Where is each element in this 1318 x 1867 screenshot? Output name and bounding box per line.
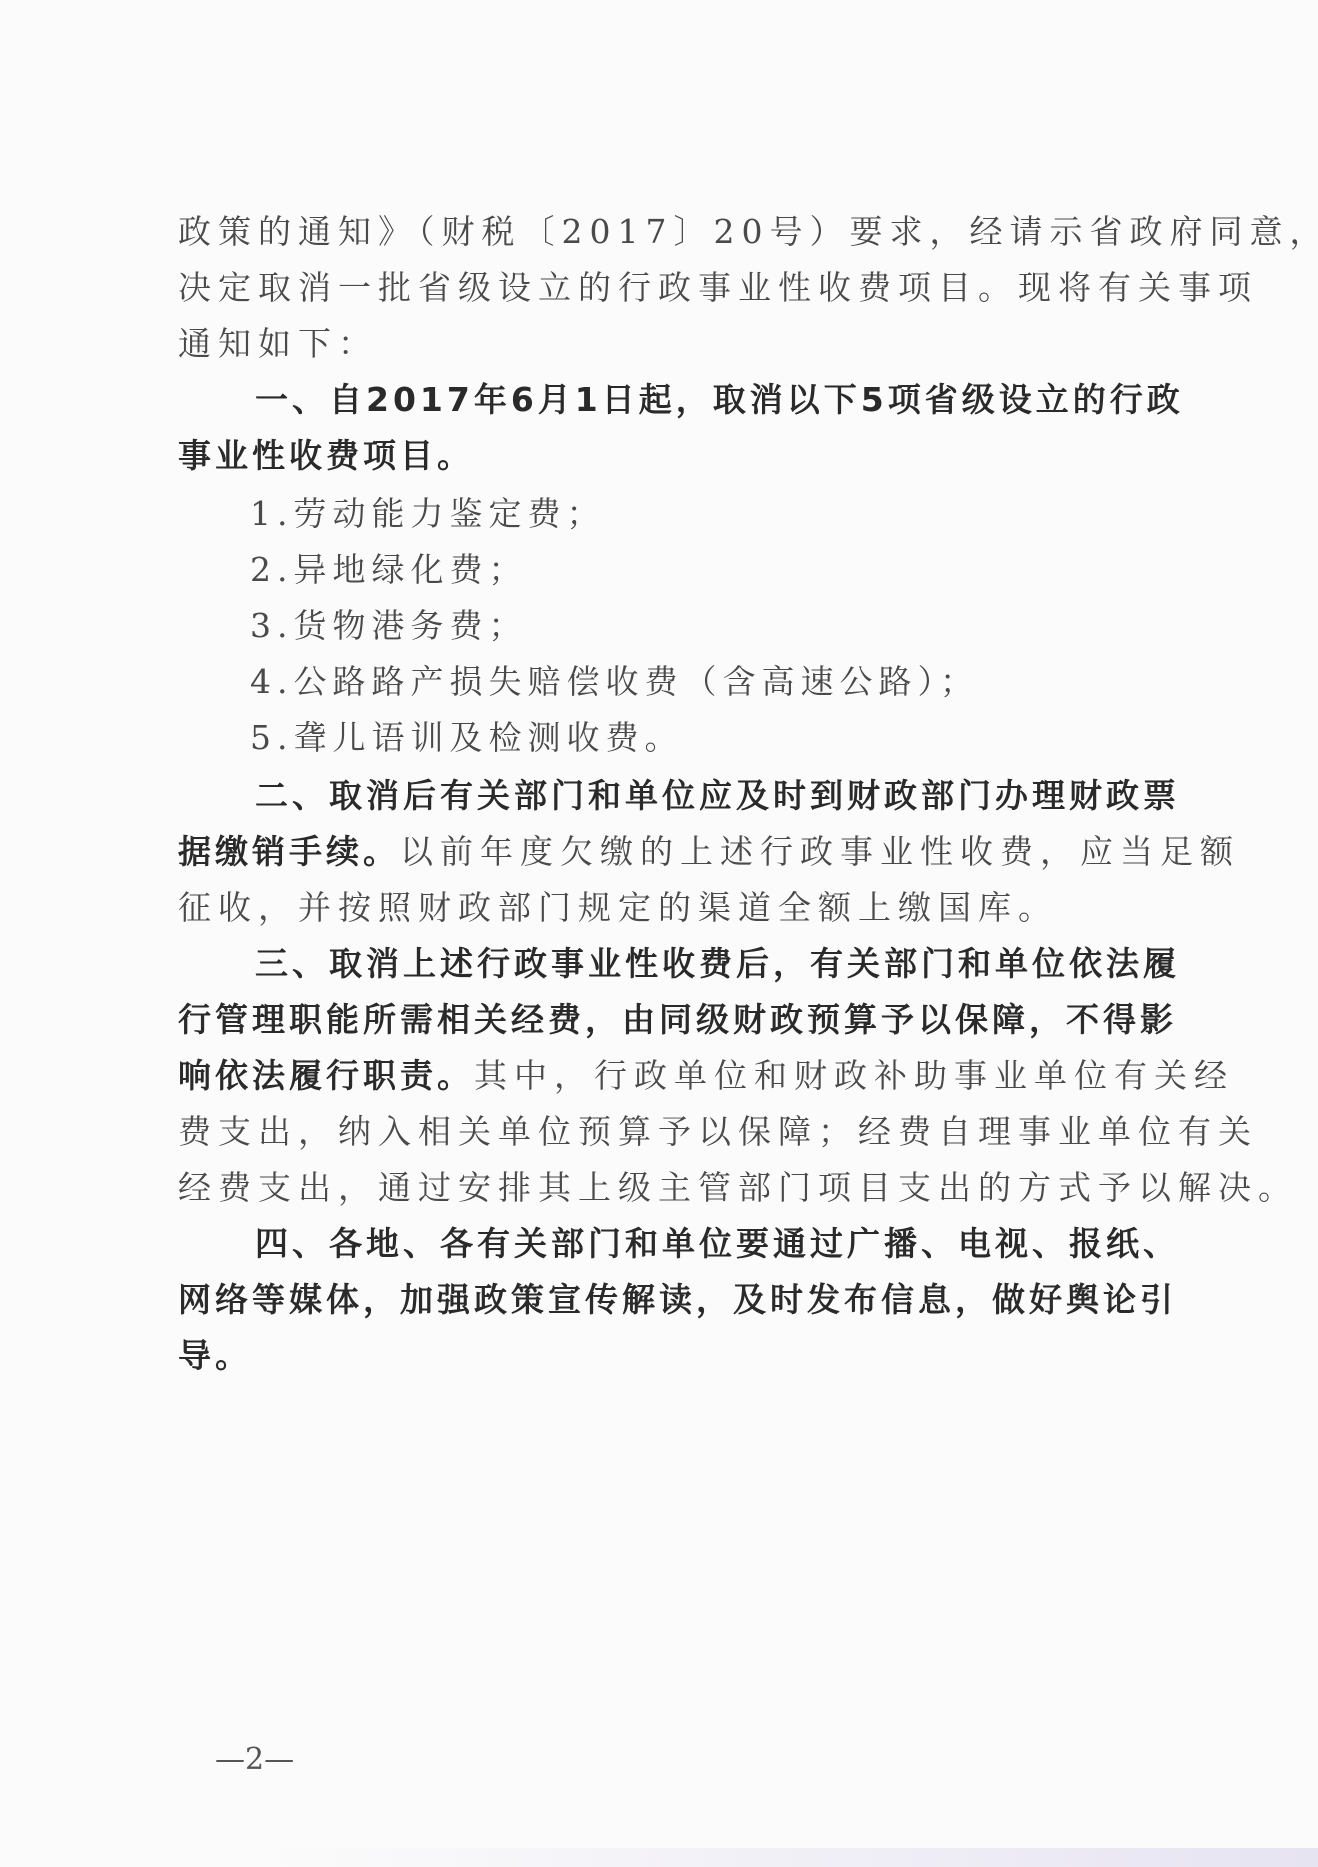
section1-heading: 一、自2017年6月1日起，取消以下5项省级设立的行政 [255,380,1235,420]
section3-line: 费支出，纳入相关单位预算予以保障；经费自理事业单位有关 [178,1112,1158,1152]
section2-heading: 二、取消后有关部门和单位应及时到财政部门办理财政票 [255,776,1235,816]
scan-artifact [260,1848,1318,1867]
section2-bold: 据缴销手续。 [178,832,400,871]
list-item: 4.公路路产损失赔偿收费（含高速公路）； [250,662,1230,702]
body-line: 政策的通知》（财税〔2017〕20号）要求，经请示省政府同意， [178,212,1158,252]
section2-text: 以前年度欠缴的上述行政事业性收费，应当足额 [400,832,1240,871]
list-item: 3.货物港务费； [250,606,1230,646]
section3-line: 响依法履行职责。其中，行政单位和财政补助事业单位有关经 [178,1056,1158,1096]
section3-bold: 响依法履行职责。 [178,1056,474,1095]
section3-bold-line: 行管理职能所需相关经费，由同级财政预算予以保障，不得影 [178,1000,1158,1040]
section1-heading-cont: 事业性收费项目。 [178,436,1158,476]
body-line: 通知如下： [178,324,1158,364]
section3-line: 经费支出，通过安排其上级主管部门项目支出的方式予以解决。 [178,1168,1158,1208]
section2-line: 据缴销手续。以前年度欠缴的上述行政事业性收费，应当足额 [178,832,1158,872]
section2-line: 征收，并按照财政部门规定的渠道全额上缴国库。 [178,888,1158,928]
section3-heading: 三、取消上述行政事业性收费后，有关部门和单位依法履 [255,944,1235,984]
section4-heading: 四、各地、各有关部门和单位要通过广播、电视、报纸、 [255,1224,1235,1264]
list-item: 2.异地绿化费； [250,550,1230,590]
section4-bold-line: 导。 [178,1336,1158,1376]
list-item: 1.劳动能力鉴定费； [250,494,1230,534]
list-item: 5.聋儿语训及检测收费。 [250,718,1230,758]
document-page: 政策的通知》（财税〔2017〕20号）要求，经请示省政府同意， 决定取消一批省级… [0,0,1318,1867]
section4-bold-line: 网络等媒体，加强政策宣传解读，及时发布信息，做好舆论引 [178,1280,1158,1320]
page-number: —2— [215,1742,294,1777]
body-line: 决定取消一批省级设立的行政事业性收费项目。现将有关事项 [178,268,1158,308]
section3-text: 其中，行政单位和财政补助事业单位有关经 [474,1056,1234,1095]
